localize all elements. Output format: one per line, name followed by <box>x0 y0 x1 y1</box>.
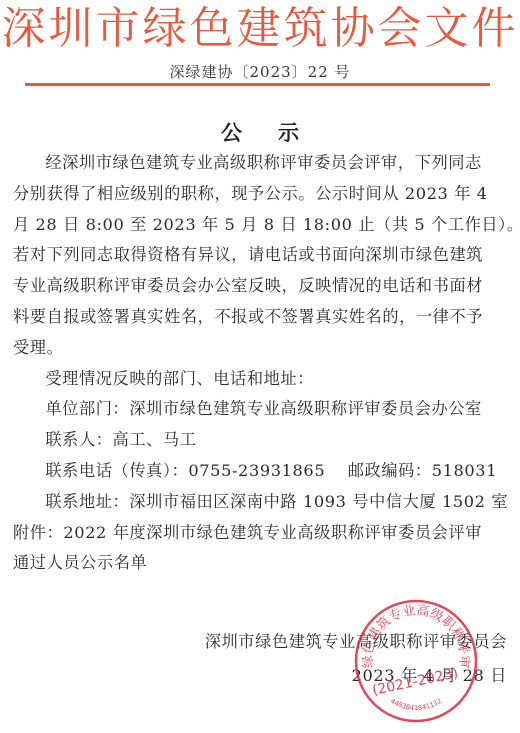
notice-paragraph: 经深圳市绿色建筑专业高级职称评审委员会评审，下列同志 分别获得了相应级别的职称，… <box>13 148 507 364</box>
seal-code: 4403041841132 <box>389 697 443 712</box>
contact-person-line: 联系人：高工、马工 <box>13 425 507 456</box>
official-seal-icon: 深圳市绿色建筑专业高级职称评审委员会 (2021-2023) 440304184… <box>353 598 479 724</box>
paragraph-line: 经深圳市绿色建筑专业高级职称评审委员会评审，下列同志 <box>13 148 507 179</box>
paragraph-line: 若对下列同志取得资格有异议，请电话或书面向深圳市绿色建筑 <box>13 240 507 271</box>
signature-date: 2023 年 4 月 28 日 <box>352 662 507 690</box>
contact-intro: 受理情况反映的部门、电话和地址： <box>13 364 507 395</box>
signature-organization: 深圳市绿色建筑专业高级职称评审委员会 <box>205 628 507 656</box>
svg-text:4403041841132: 4403041841132 <box>389 697 443 712</box>
paragraph-line: 月 28 日 8:00 至 2023 年 5 月 8 日 18:00 止（共 5… <box>13 210 507 241</box>
document-number: 深绿建协〔2023〕22 号 <box>0 61 520 83</box>
paragraph-line: 料要自报或签署真实姓名，不报或不签署真实姓名的，一律不予 <box>13 302 507 333</box>
notice-body: 经深圳市绿色建筑专业高级职称评审委员会评审，下列同志 分别获得了相应级别的职称，… <box>13 148 507 579</box>
notice-heading: 公示 <box>0 118 520 148</box>
paragraph-line: 专业高级职称评审委员会办公室反映，反映情况的电话和书面材 <box>13 271 507 302</box>
phone-line: 联系电话（传真）：0755-23931865 邮政编码：518031 <box>13 456 507 487</box>
address-line: 联系地址：深圳市福田区深南中路 1093 号中信大厦 1502 室 <box>13 487 507 518</box>
attachment-line: 通过人员公示名单 <box>13 548 507 579</box>
notice-heading-char: 示 <box>278 118 299 148</box>
document-title: 深圳市绿色建筑协会文件 <box>0 2 520 56</box>
notice-heading-char: 公 <box>221 118 242 148</box>
attachment-line: 附件：2022 年度深圳市绿色建筑专业高级职称评审委员会评审 <box>13 518 507 549</box>
paragraph-line: 受理。 <box>13 333 507 364</box>
department-line: 单位部门：深圳市绿色建筑专业高级职称评审委员会办公室 <box>13 394 507 425</box>
header-divider <box>25 83 490 86</box>
paragraph-line: 分别获得了相应级别的职称，现予公示。公示时间从 2023 年 4 <box>13 179 507 210</box>
